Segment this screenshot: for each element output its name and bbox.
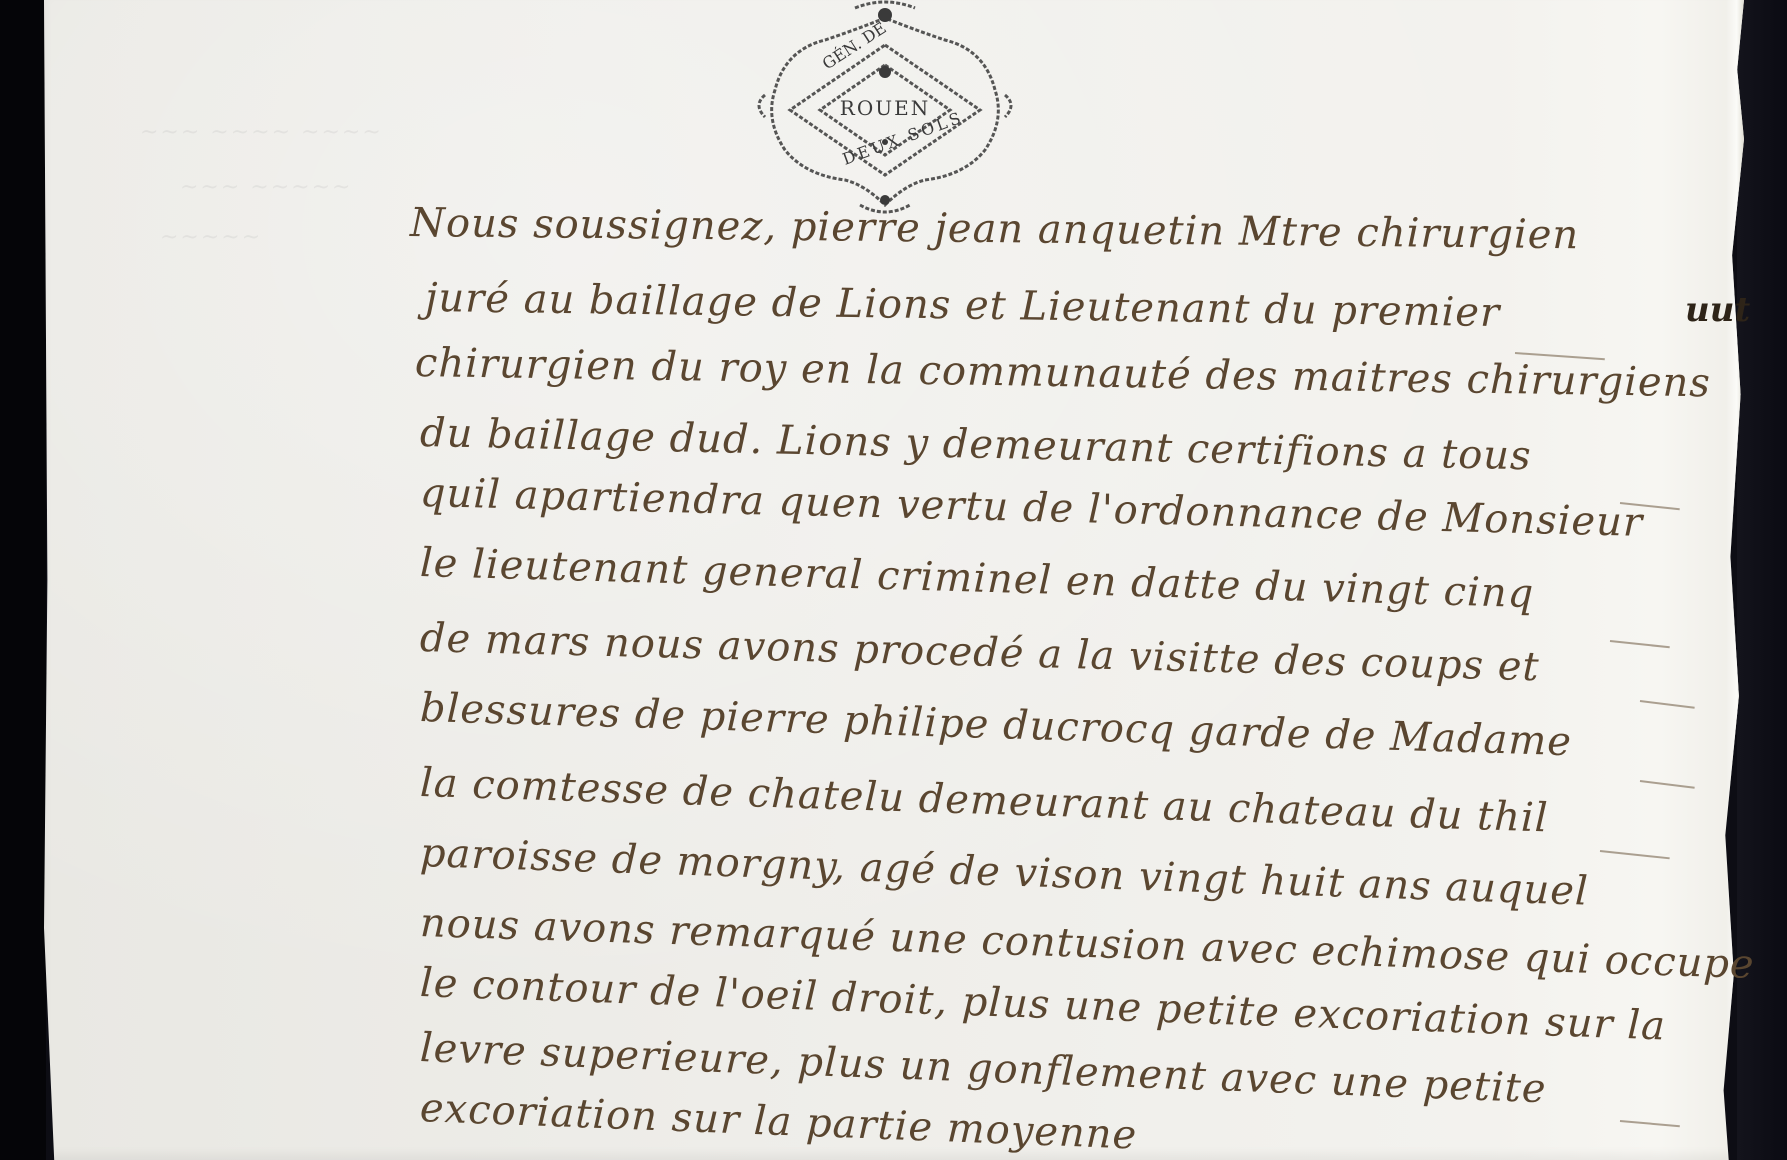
rouen-tax-stamp: ROUEN GÉN. DE DEUX SOLS	[735, 0, 1035, 220]
bleed-through-text: ~~~ ~~~~~	[180, 175, 352, 200]
stamp-ornament-icon: ROUEN GÉN. DE DEUX SOLS	[735, 0, 1035, 220]
dark-background-left	[0, 0, 46, 1160]
svg-text:ROUEN: ROUEN	[840, 96, 930, 120]
margin-note: uut	[1685, 290, 1750, 330]
bleed-through-text: ~~~ ~~~~ ~~~~	[140, 120, 383, 145]
bleed-through-text: ~~~~~	[160, 225, 262, 250]
